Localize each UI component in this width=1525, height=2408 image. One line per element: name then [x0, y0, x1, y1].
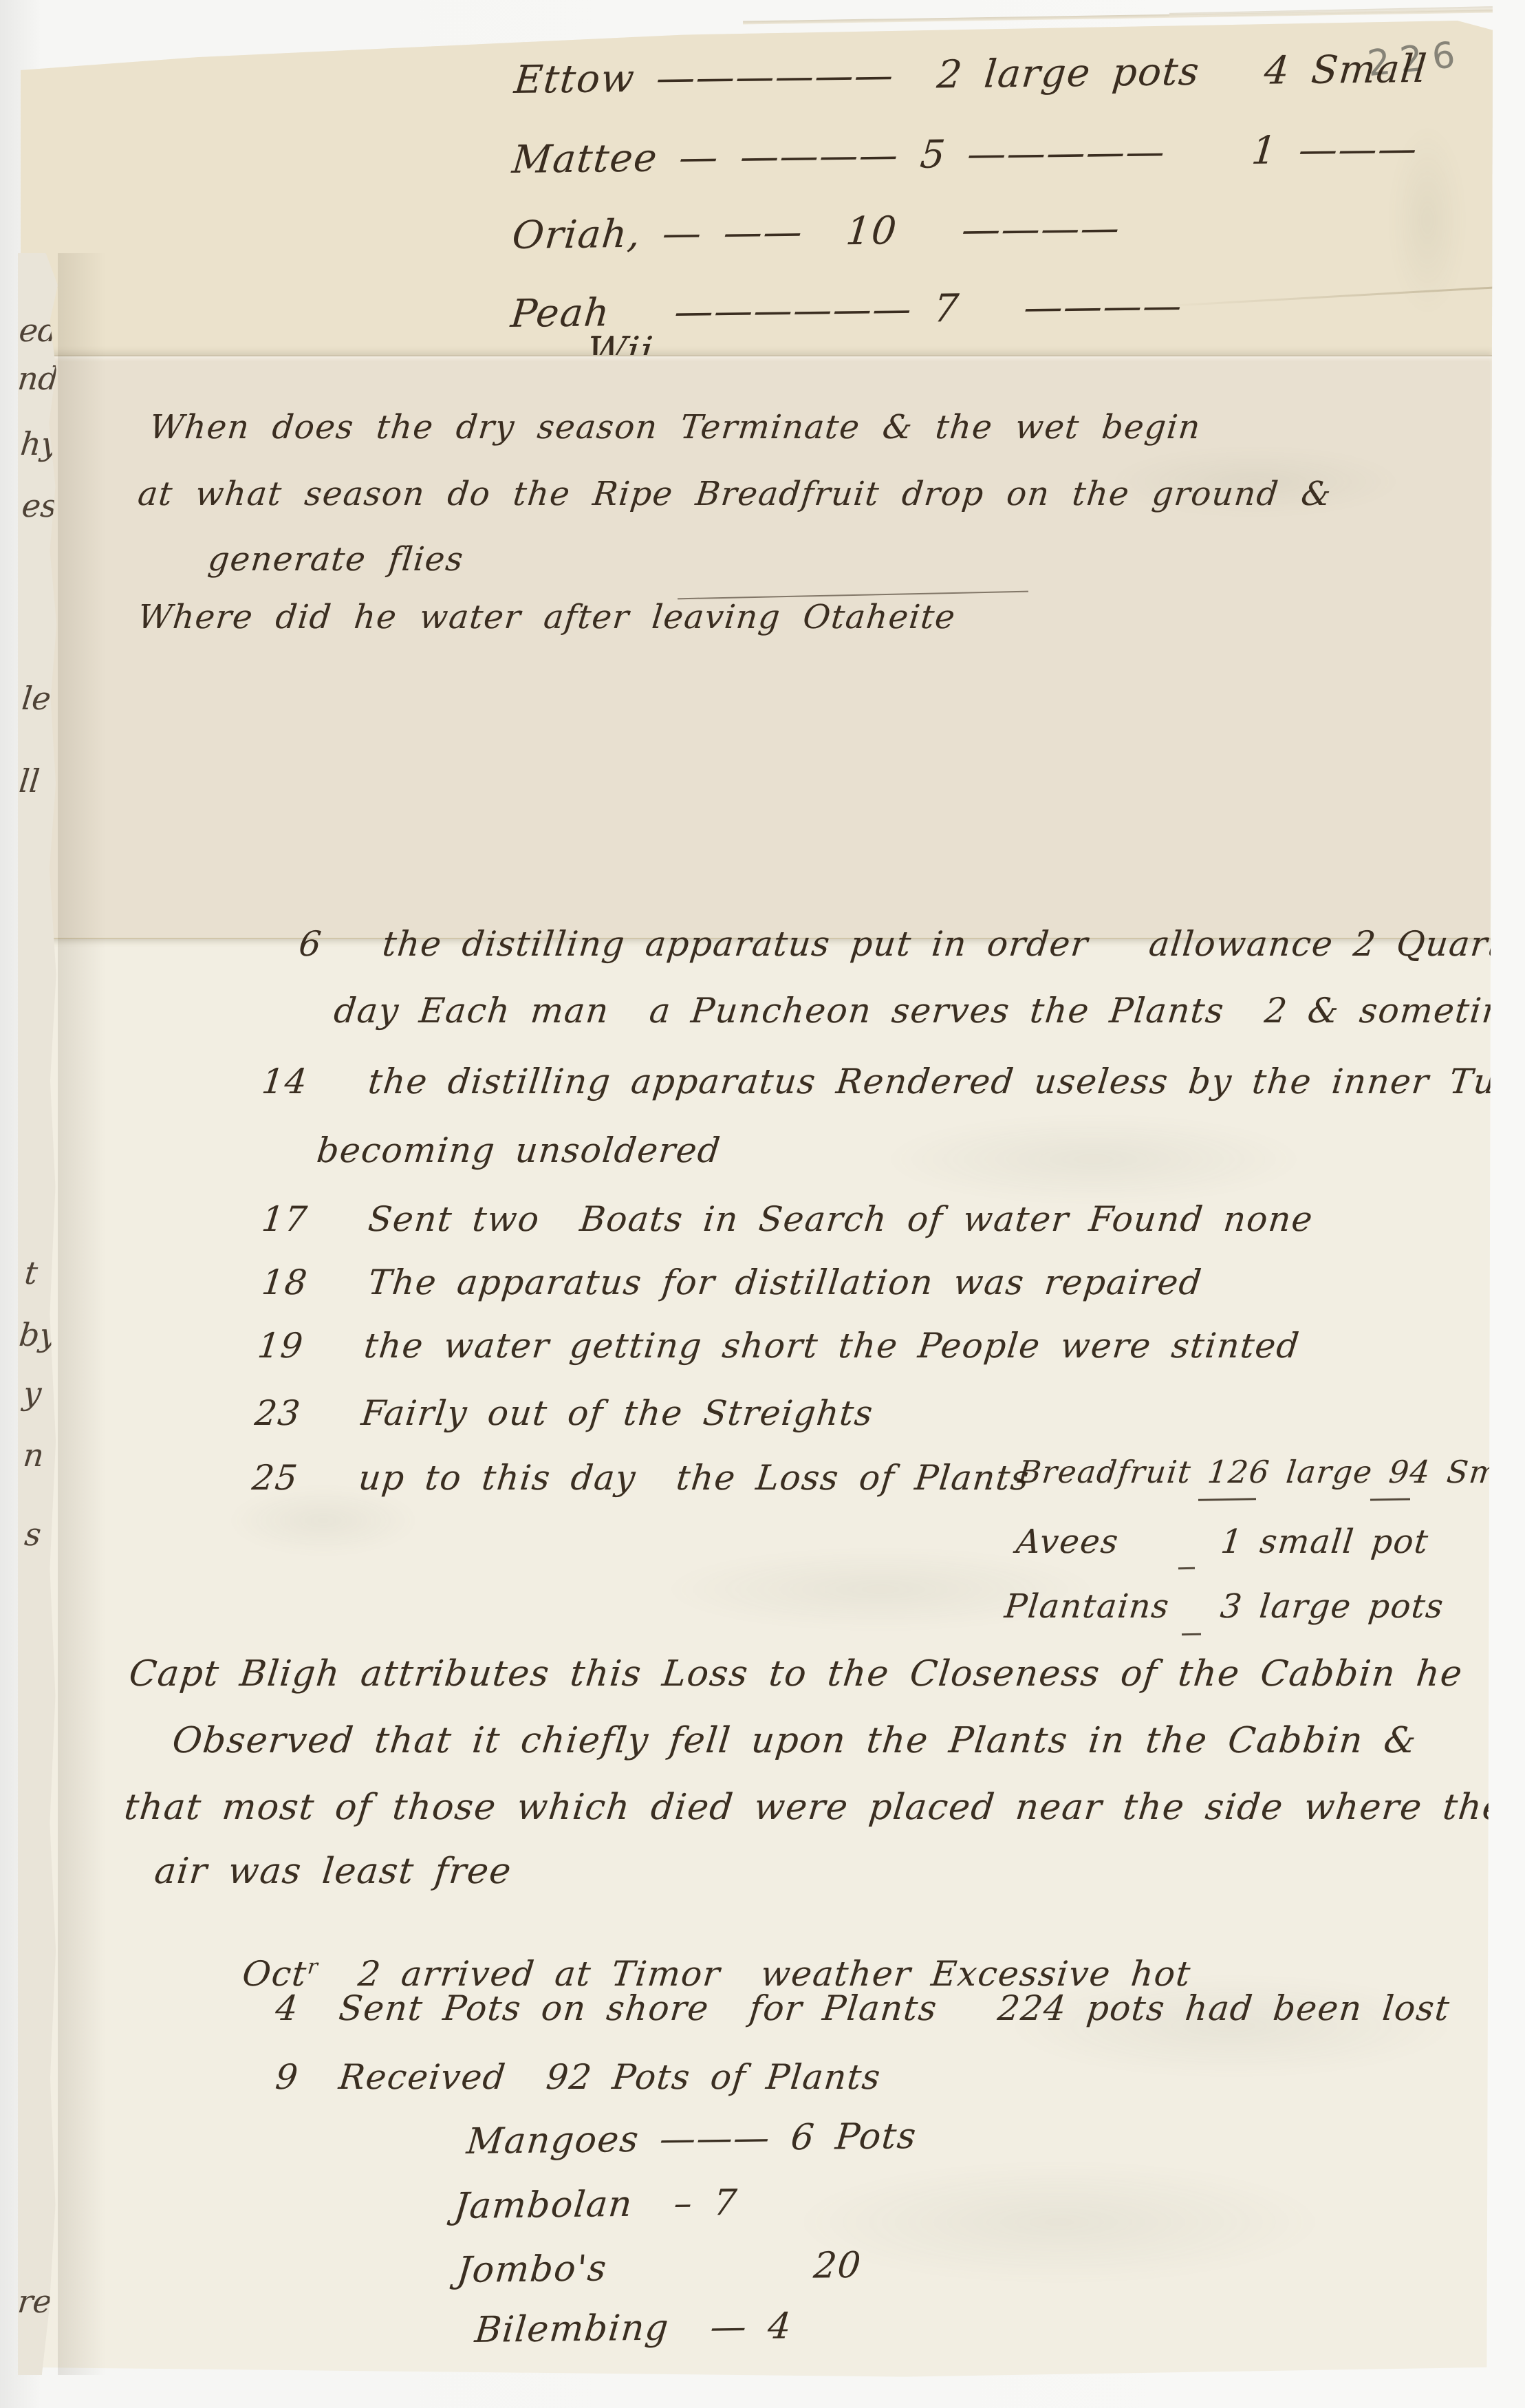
ink-underline: [1370, 1498, 1410, 1501]
month-abbrev: Oct: [241, 1954, 310, 1994]
ink-underline: [1198, 1498, 1256, 1501]
entry-line-14: 14 the distilling apparatus Rendered use…: [260, 1064, 1525, 1100]
bleedthrough-mark: [791, 2160, 1328, 2284]
plant-row: Mangoes ——— 6 Pots: [465, 2118, 918, 2161]
arrival-text: 2 arrived at Timor weather Excessive hot: [316, 1954, 1193, 1994]
gutter-shadow: [58, 253, 106, 2375]
stub-fragment: y: [21, 1375, 43, 1412]
entry-line-18: 18 The apparatus for distillation was re…: [260, 1265, 1204, 1301]
stub-fragment: s: [23, 1516, 43, 1553]
loss-breadfruit: Breadfruit 126 large 94 Small pots: [1017, 1456, 1525, 1488]
ink-underline: [1182, 1633, 1201, 1635]
bleedthrough-mark: [1389, 124, 1465, 316]
stub-fragment: t: [23, 1254, 39, 1291]
bligh-note-line: Capt Bligh attributes this Loss to the C…: [127, 1655, 1464, 1693]
entry-line-19: 19 the water getting short the People we…: [256, 1328, 1301, 1364]
bleedthrough-mark: [880, 1115, 1307, 1204]
stub-fragment: ll: [17, 762, 41, 799]
bleedthrough-mark: [1107, 447, 1403, 516]
entry-line-6: 6 the distilling apparatus put in order …: [297, 926, 1525, 963]
stub-fragment: n: [21, 1437, 45, 1474]
entry-line-25: 25 up to this day the Loss of Plants: [250, 1460, 1031, 1496]
plant-row: Jambolan – 7: [453, 2184, 739, 2226]
entry-line-14b: becoming unsoldered: [315, 1132, 722, 1169]
manuscript-photo: 226 Ettow —————— 2 large pots 4 Small Ma…: [0, 0, 1525, 2408]
stub-fragment: le: [20, 680, 53, 717]
slip-question: generate flies: [206, 542, 466, 577]
allocation-row: Oriah, — —— 10 ————: [510, 208, 1122, 257]
loss-avees: Avees 1 small pot: [1015, 1525, 1431, 1559]
slip-question: Where did he water after leaving Otaheit…: [136, 600, 958, 634]
allocation-row: Peah —————— 7 ————: [509, 286, 1185, 335]
ink-underline: [1178, 1567, 1195, 1569]
journal-page: 226 Ettow —————— 2 large pots 4 Small Ma…: [21, 21, 1493, 2379]
plant-row: Jombo's 20: [455, 2247, 863, 2290]
plant-row: Bilembing — 4: [473, 2308, 794, 2349]
entry-line-17: 17 Sent two Boats in Search of water Fou…: [260, 1201, 1315, 1238]
october-line-4: 4 Sent Pots on shore for Plants 224 pots…: [274, 1990, 1452, 2027]
entry-line-6b: day Each man a Puncheon serves the Plant…: [332, 993, 1525, 1029]
slip-question: When does the dry season Terminate & the…: [148, 410, 1202, 444]
bligh-note-line: that most of those which died were place…: [122, 1789, 1506, 1827]
october-line-9: 9 Received 92 Pots of Plants: [274, 2059, 883, 2096]
entry-line-23: 23 Fairly out of the Streights: [253, 1395, 875, 1432]
bligh-note-line: air was least free: [153, 1853, 514, 1891]
loss-plantains: Plantains 3 large pots: [1003, 1589, 1446, 1624]
bligh-note-line: Observed that it chiefly fell upon the P…: [171, 1722, 1419, 1760]
